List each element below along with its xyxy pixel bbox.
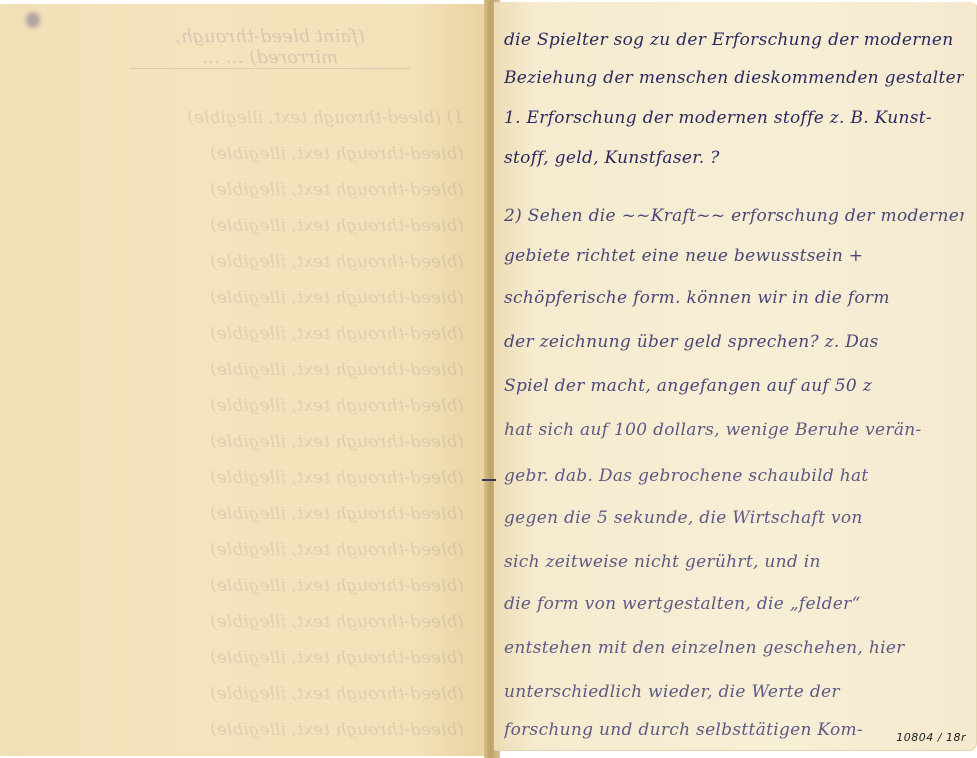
bleed-line: (bleed-through text, illegible) — [0, 324, 486, 344]
ink-spot — [26, 12, 40, 28]
bleed-line: (bleed-through text, illegible) — [0, 504, 486, 524]
bleed-line: (bleed-through text, illegible) — [0, 360, 486, 380]
manuscript-line: gebr. dab. Das gebrochene schaubild hat — [504, 466, 964, 486]
bleed-line: (bleed-through text, illegible) — [0, 180, 486, 200]
manuscript-line: die form von wertgestalten, die „felder“ — [504, 594, 964, 614]
bleed-line: (bleed-through text, illegible) — [0, 612, 486, 632]
manuscript-line: entstehen mit den einzelnen geschehen, h… — [504, 638, 964, 658]
bleed-line: (bleed-through text, illegible) — [0, 432, 486, 452]
archive-number: 10804 / 18r — [896, 731, 966, 744]
bleed-line: (bleed-through text, illegible) — [0, 720, 486, 740]
manuscript-line: 1. Erforschung der modernen stoffe z. B.… — [504, 108, 964, 128]
manuscript-line: der zeichnung über geld sprechen? z. Das — [504, 332, 964, 352]
bleed-line: (bleed-through text, illegible) — [0, 144, 486, 164]
bleed-line: (bleed-through text, illegible) — [0, 252, 486, 272]
manuscript-line: gegen die 5 sekunde, die Wirtschaft von — [504, 508, 964, 528]
manuscript-line: forschung und durch selbsttätigen Kom- — [504, 720, 964, 740]
bleed-line: 1) (bleed-through text, illegible) — [0, 108, 486, 128]
manuscript-line: die Spielter sog zu der Erforschung der … — [504, 30, 964, 50]
left-page-heading: (faint bleed-through, mirrored) … … — [130, 26, 410, 69]
bleed-line: (bleed-through text, illegible) — [0, 648, 486, 668]
bleed-line: (bleed-through text, illegible) — [0, 540, 486, 560]
left-page: (faint bleed-through, mirrored) … … 1) (… — [0, 4, 486, 756]
manuscript-line: Spiel der macht, angefangen auf auf 50 z — [504, 376, 964, 396]
margin-mark — [482, 479, 496, 481]
manuscript-line: Beziehung der menschen dieskommenden ges… — [504, 68, 964, 88]
bleed-line: (bleed-through text, illegible) — [0, 468, 486, 488]
bleed-line: (bleed-through text, illegible) — [0, 216, 486, 236]
right-page: die Spielter sog zu der Erforschung der … — [494, 2, 976, 750]
manuscript-line: schöpferische form. können wir in die fo… — [504, 288, 964, 308]
manuscript-line: 2) Sehen die ~~Kraft~~ erforschung der m… — [504, 206, 964, 226]
manuscript-line: stoff, geld, Kunstfaser. ? — [504, 148, 964, 168]
bleed-line: (bleed-through text, illegible) — [0, 288, 486, 308]
manuscript-spread: (faint bleed-through, mirrored) … … 1) (… — [0, 0, 977, 758]
bleed-line: (bleed-through text, illegible) — [0, 684, 486, 704]
manuscript-line: unterschiedlich wieder, die Werte der — [504, 682, 964, 702]
manuscript-line: sich zeitweise nicht gerührt, und in — [504, 552, 964, 572]
manuscript-line: gebiete richtet eine neue bewusstsein + — [504, 246, 964, 266]
bleed-line: (bleed-through text, illegible) — [0, 396, 486, 416]
bleed-line: (bleed-through text, illegible) — [0, 576, 486, 596]
manuscript-line: hat sich auf 100 dollars, wenige Beruhe … — [504, 420, 964, 440]
